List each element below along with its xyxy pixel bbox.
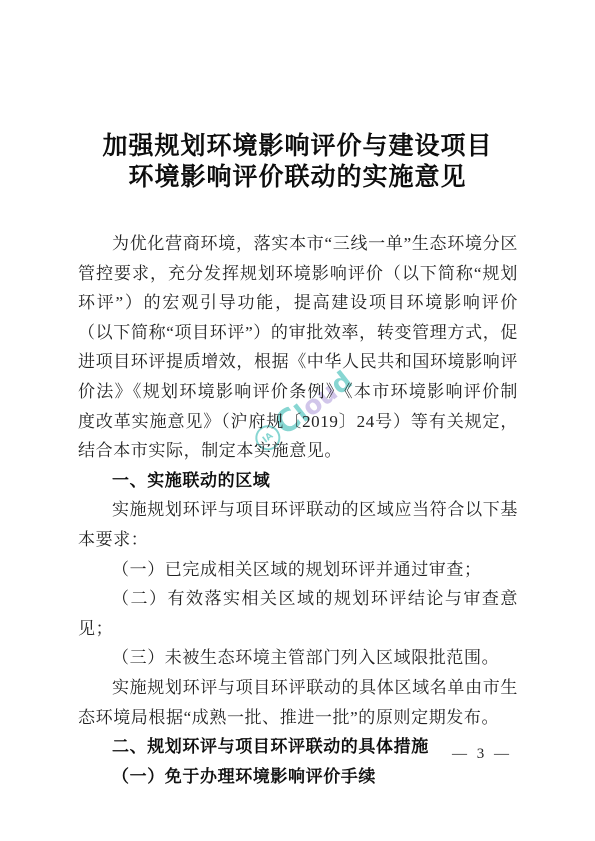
document-page: 加强规划环境影响评价与建设项目 环境影响评价联动的实施意见 IA Cloud 为… [0,0,595,841]
title-line-2: 环境影响评价联动的实施意见 [0,162,595,193]
body-paragraph: 实施规划环评与项目环评联动的区域应当符合以下基本要求： [78,495,518,554]
section-heading: 一、实施联动的区域 [78,466,518,496]
title-line-1: 加强规划环境影响评价与建设项目 [0,131,595,162]
document-body: 为优化营商环境，落实本市“三线一单”生态环境分区管控要求，充分发挥规划环境影响评… [78,229,518,791]
body-paragraph: （三）未被生态环境主管部门列入区域限批范围。 [78,643,518,673]
subsection-heading: （一）免于办理环境影响评价手续 [78,762,518,792]
body-paragraph: 为优化营商环境，落实本市“三线一单”生态环境分区管控要求，充分发挥规划环境影响评… [78,229,518,466]
page-number: — 3 — [452,746,512,763]
page-title: 加强规划环境影响评价与建设项目 环境影响评价联动的实施意见 [0,131,595,193]
body-paragraph: （一）已完成相关区域的规划环评并通过审查； [78,555,518,585]
body-paragraph: 实施规划环评与项目环评联动的具体区域名单由市生态环境局根据“成熟一批、推进一批”… [78,673,518,732]
body-paragraph: （二）有效落实相关区域的规划环评结论与审查意见； [78,584,518,643]
